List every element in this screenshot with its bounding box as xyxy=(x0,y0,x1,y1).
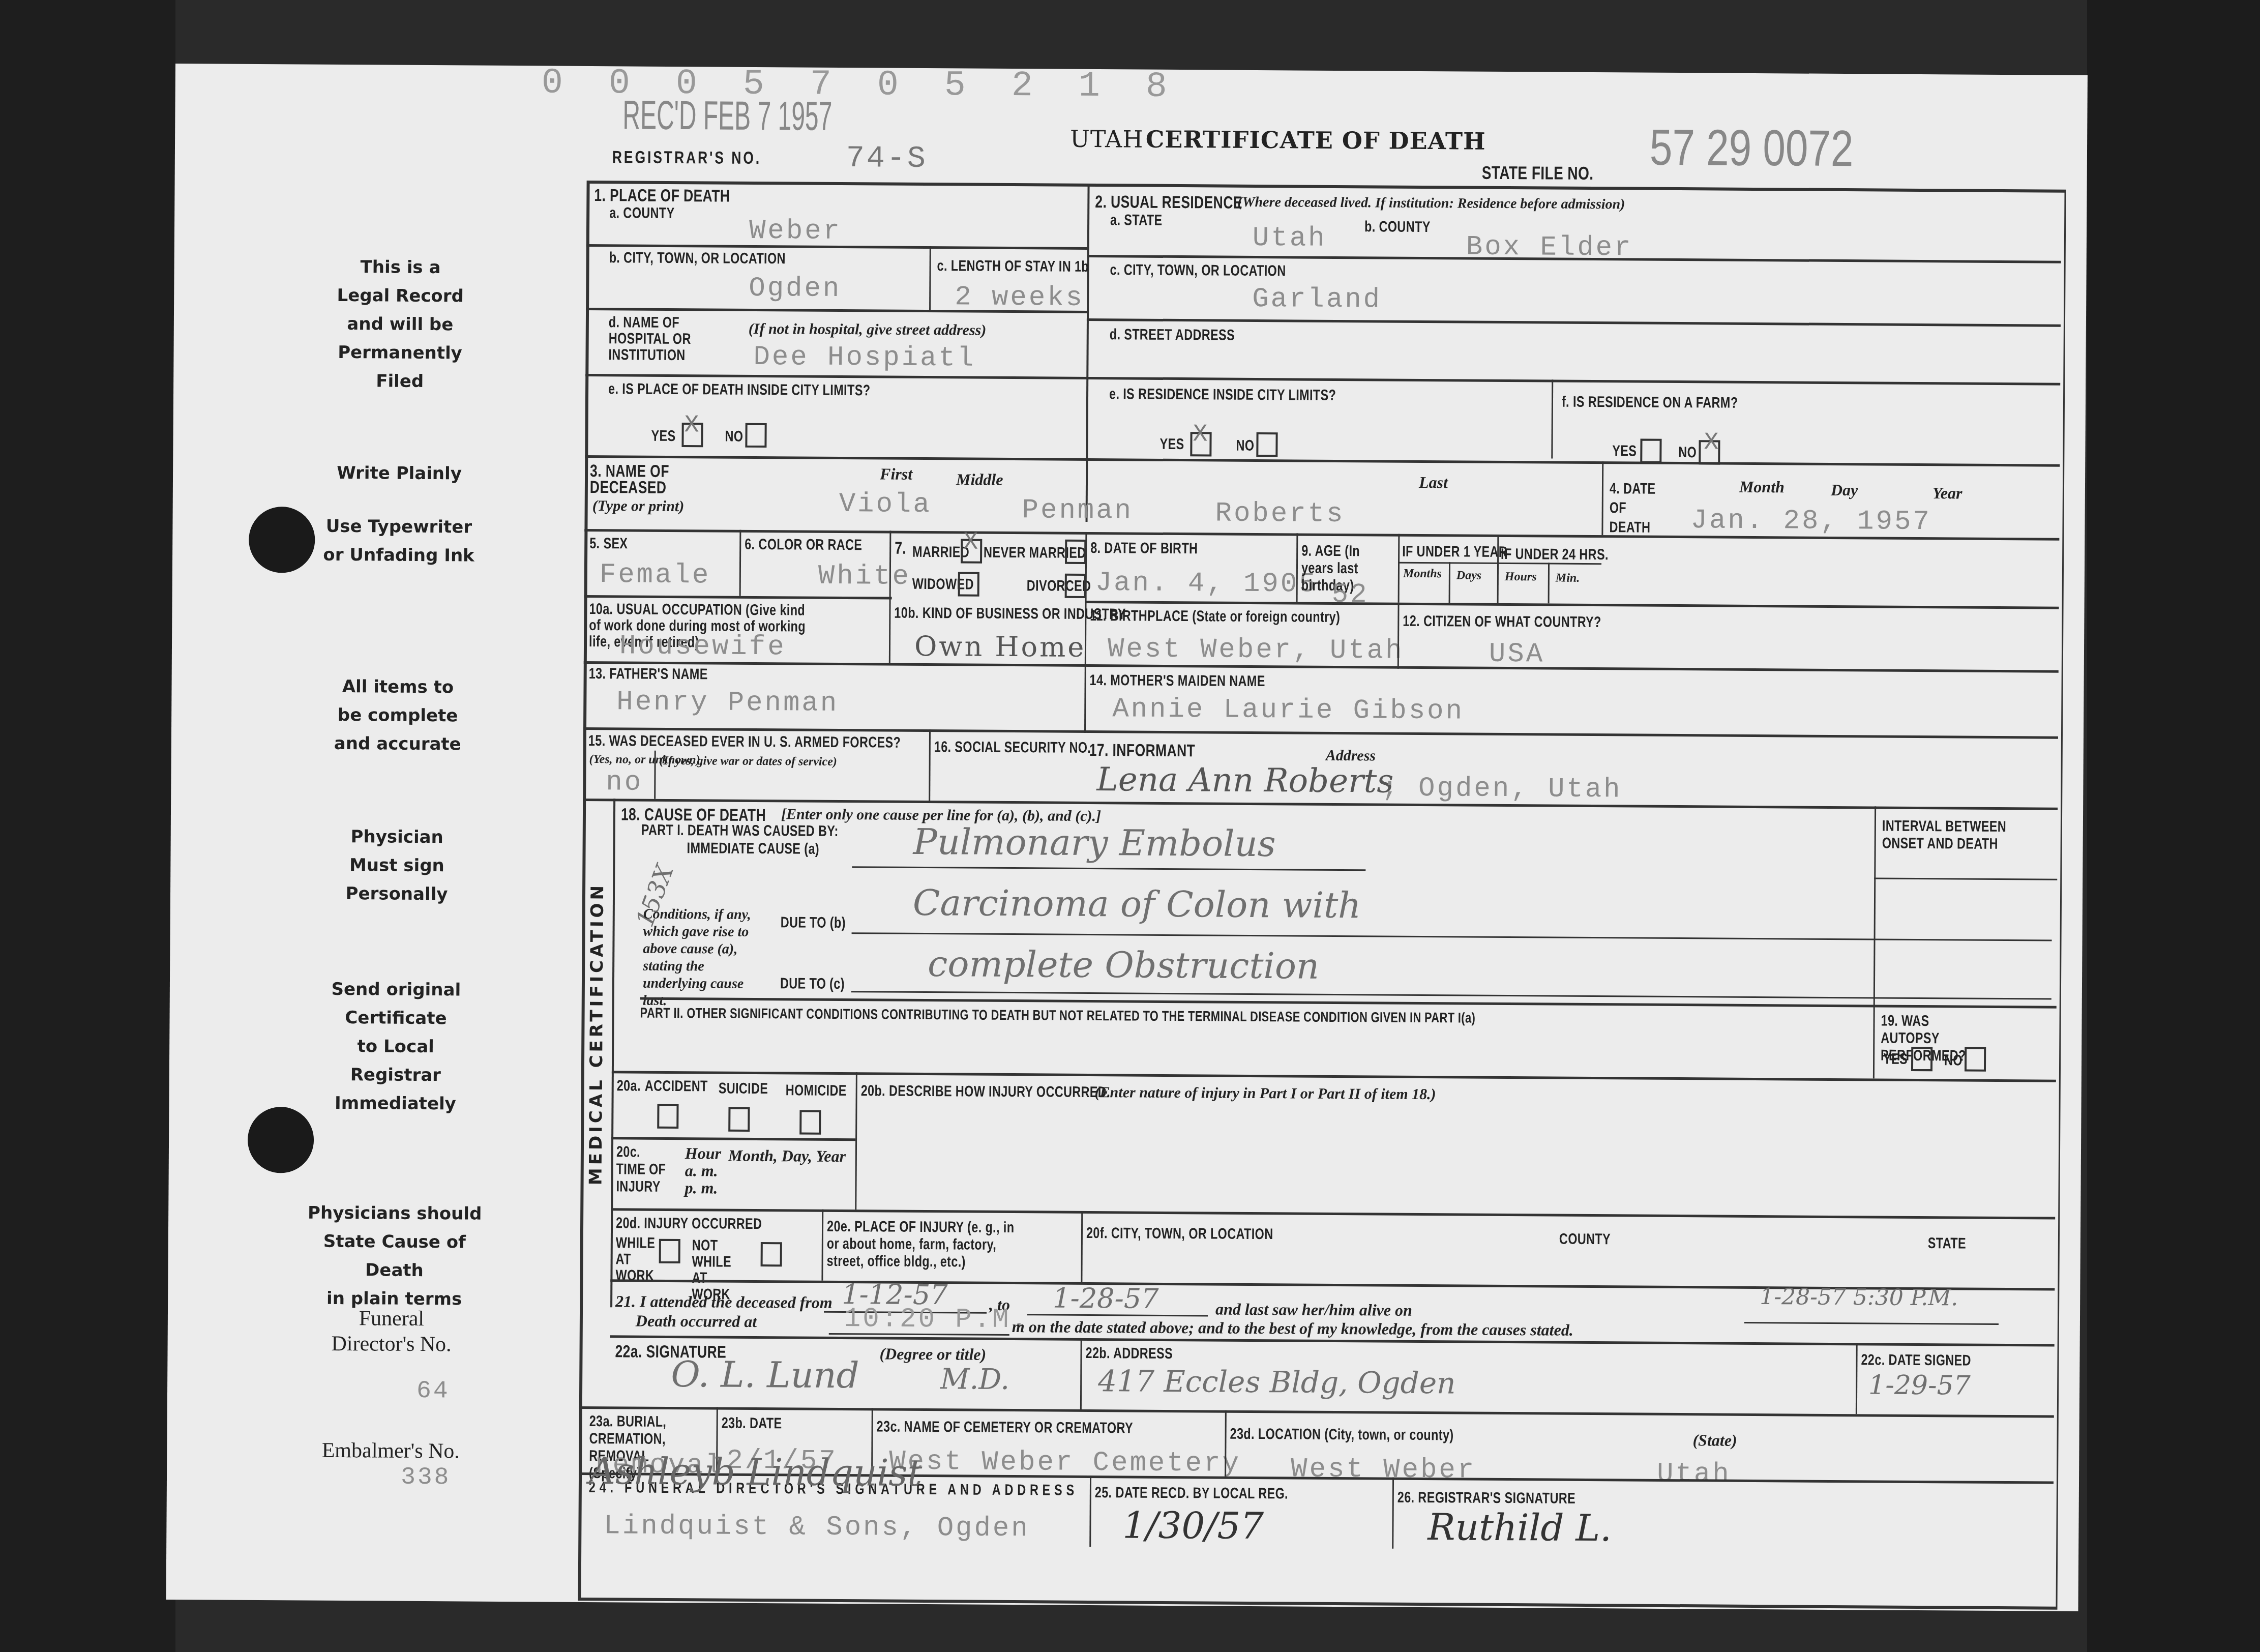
due-to-c-label: DUE TO (c) xyxy=(780,975,845,993)
not-while-at-work-checkbox[interactable] xyxy=(761,1242,782,1266)
death-time-field[interactable]: 10:20 P.M. xyxy=(844,1304,1029,1336)
dob-label: 8. DATE OF BIRTH xyxy=(1090,540,1198,557)
homicide-label: HOMICIDE xyxy=(786,1082,847,1100)
name-note: (Type or print) xyxy=(592,497,685,515)
note-typewriter: Use Typewriter or Unfading Ink xyxy=(315,512,483,570)
funeral-director-signature[interactable]: Ashleyb Lindquist xyxy=(589,1450,923,1494)
length-of-stay-label: c. LENGTH OF STAY IN 1b xyxy=(937,257,1089,276)
farm-yes-checkbox[interactable] xyxy=(1640,439,1661,463)
registrars-no: 74-S xyxy=(846,141,928,176)
registrar-signature[interactable]: Ruthild L. xyxy=(1428,1506,1612,1549)
accident-label: ACCIDENT xyxy=(645,1078,708,1096)
res-street-label: d. STREET ADDRESS xyxy=(1110,326,1235,344)
first-name-label: First xyxy=(880,464,912,483)
race-field[interactable]: White xyxy=(818,561,911,593)
embalmer-no: 338 xyxy=(401,1464,451,1492)
date-recd-label: 25. DATE RECD. BY LOCAL REG. xyxy=(1095,1484,1288,1502)
physician-address[interactable]: 417 Eccles Bldg, Ogden xyxy=(1098,1364,1456,1400)
title-text: CERTIFICATE OF DEATH xyxy=(1146,126,1486,155)
res-state-field[interactable]: Utah xyxy=(1253,223,1327,254)
sex-label: 5. SEX xyxy=(589,535,628,552)
cemetery-location-label: 23d. LOCATION (City, town, or county) xyxy=(1230,1426,1453,1444)
immediate-cause-field[interactable]: Pulmonary Embolus xyxy=(913,821,1275,865)
homicide-checkbox[interactable] xyxy=(799,1110,821,1135)
res-state-label: a. STATE xyxy=(1110,212,1163,229)
describe-injury-note: (Enter nature of injury in Part I or Par… xyxy=(1095,1084,1436,1103)
attended-label: 21. I attended the deceased from xyxy=(615,1292,832,1312)
mother-label: 14. MOTHER'S MAIDEN NAME xyxy=(1090,672,1265,690)
embalmer-no-label: Embalmer's No. xyxy=(299,1438,482,1464)
usual-residence-label: 2. USUAL RESIDENCE xyxy=(1095,192,1242,213)
occupation-field[interactable]: Housewife xyxy=(619,631,786,663)
death-inside-limits-label: e. IS PLACE OF DEATH INSIDE CITY LIMITS? xyxy=(608,380,870,399)
due-to-b-field[interactable]: Carcinoma of Colon with xyxy=(913,882,1361,926)
last-saw-label: and last saw her/him alive on xyxy=(1215,1300,1412,1320)
month-day-year-label: Month, Day, Year xyxy=(728,1146,846,1166)
death-county-field[interactable]: Weber xyxy=(749,216,842,247)
res-city-field[interactable]: Garland xyxy=(1252,284,1382,316)
address-label: 22b. ADDRESS xyxy=(1085,1345,1173,1363)
date-signed-field[interactable]: 1-29-57 xyxy=(1868,1370,1971,1401)
never-married-checkbox[interactable] xyxy=(1065,540,1086,564)
widowed-checkbox[interactable] xyxy=(958,572,979,596)
funeral-director-no: 64 xyxy=(417,1377,450,1405)
informant-label: 17. INFORMANT xyxy=(1089,741,1196,761)
first-name-field[interactable]: Viola xyxy=(839,489,932,520)
city-label: b. CITY, TOWN, OR LOCATION xyxy=(609,249,786,268)
medical-certification-label: MEDICAL CERTIFICATION xyxy=(586,882,608,1185)
place-of-death-label: 1. PLACE OF DEATH xyxy=(594,186,730,206)
degree-label: (Degree or title) xyxy=(879,1345,986,1364)
state-file-label: STATE FILE NO. xyxy=(1482,162,1594,184)
time-of-injury-label: 20c. TIME OF INJURY xyxy=(616,1143,668,1196)
cemetery-state-label: (State) xyxy=(1692,1431,1737,1450)
no-label: NO xyxy=(1236,437,1254,455)
hospital-field[interactable]: Dee Hospiatl xyxy=(753,342,975,374)
yes-label: YES xyxy=(1883,1051,1908,1068)
cemetery-location-field[interactable]: West Weber xyxy=(1291,1454,1476,1486)
armed-forces-field[interactable]: no xyxy=(606,767,643,798)
hour-label: Hour xyxy=(685,1144,721,1163)
yes-label: YES xyxy=(1159,436,1184,453)
date-recd-field[interactable]: 1/30/57 xyxy=(1122,1503,1264,1547)
registrar-signature-label: 26. REGISTRAR'S SIGNATURE xyxy=(1397,1489,1576,1508)
citizen-label: 12. CITIZEN OF WHAT COUNTRY? xyxy=(1403,613,1601,631)
yes-label: YES xyxy=(1612,442,1637,460)
under-1-year-label: IF UNDER 1 YEAR xyxy=(1402,543,1507,561)
cemetery-label: 23c. NAME OF CEMETERY OR CREMATORY xyxy=(877,1418,1133,1437)
state-file-no: 57 29 0072 xyxy=(1650,119,1854,178)
days-label: Days xyxy=(1456,569,1481,582)
check-mark-icon: X xyxy=(1704,429,1718,456)
birthplace-field[interactable]: West Weber, Utah xyxy=(1108,634,1404,667)
hospital-label: d. NAME OF HOSPITAL OR INSTITUTION xyxy=(608,314,728,364)
punch-hole xyxy=(248,1107,314,1173)
under-24-hrs-label: IF UNDER 24 HRS. xyxy=(1501,546,1609,564)
name-label: 3. NAME OF DECEASED xyxy=(590,463,669,496)
death-inside-limits-no-checkbox[interactable] xyxy=(745,423,766,448)
scan-background-left xyxy=(0,0,175,1652)
autopsy-yes-checkbox[interactable] xyxy=(1911,1047,1932,1071)
length-of-stay-field[interactable]: 2 weeks xyxy=(955,282,1084,314)
middle-name-label: Middle xyxy=(956,470,1003,489)
pm-label: p. m. xyxy=(685,1178,718,1197)
hospital-note: (If not in hospital, give street address… xyxy=(749,320,987,339)
birthplace-label: 11. BIRTHPLACE (State or foreign country… xyxy=(1090,607,1340,626)
check-mark-icon: X xyxy=(685,411,699,439)
am-label: a. m. xyxy=(685,1161,718,1180)
usual-residence-note: (Where deceased lived. If institution: R… xyxy=(1237,194,1625,213)
note-cause-plain: Physicians should State Cause of Death i… xyxy=(298,1199,491,1314)
suicide-checkbox[interactable] xyxy=(728,1107,750,1132)
physician-degree[interactable]: M.D. xyxy=(940,1363,1009,1396)
informant-signature[interactable]: Lena Ann Roberts xyxy=(1096,761,1393,801)
divorced-checkbox[interactable] xyxy=(1065,574,1086,598)
injury-city-label: 20f. CITY, TOWN, OR LOCATION xyxy=(1086,1225,1273,1243)
while-at-work-checkbox[interactable] xyxy=(659,1239,680,1263)
divider xyxy=(654,751,656,799)
last-name-label: Last xyxy=(1419,473,1448,492)
dob-field[interactable]: Jan. 4, 1905 xyxy=(1095,568,1318,600)
note-legal-record: This is a Legal Record and will be Perma… xyxy=(316,253,485,396)
while-at-work-label: WHILE AT WORK xyxy=(615,1235,656,1284)
no-label: NO xyxy=(1944,1052,1962,1069)
farm-label: f. IS RESIDENCE ON A FARM? xyxy=(1562,394,1738,412)
county-label: a. COUNTY xyxy=(609,204,675,222)
last-saw-field[interactable]: 1-28-57 5:30 P.M. xyxy=(1760,1284,1958,1311)
months-label: Months xyxy=(1403,567,1442,581)
check-mark-icon: X xyxy=(963,528,978,556)
informant-address-field[interactable]: ; Ogden, Utah xyxy=(1381,773,1622,806)
father-field[interactable]: Henry Penman xyxy=(616,687,839,719)
mother-field[interactable]: Annie Laurie Gibson xyxy=(1112,694,1464,727)
date-signed-label: 22c. DATE SIGNED xyxy=(1861,1351,1971,1369)
note-complete: All items to be complete and accurate xyxy=(314,672,482,759)
res-inside-limits-label: e. IS RESIDENCE INSIDE CITY LIMITS? xyxy=(1109,386,1336,404)
interval-label: INTERVAL BETWEEN ONSET AND DEATH xyxy=(1882,818,2009,853)
death-city-field[interactable]: Ogden xyxy=(749,273,841,305)
check-mark-icon: X xyxy=(1193,421,1207,448)
describe-injury-label: 20b. DESCRIBE HOW INJURY OCCURRED. xyxy=(861,1082,1111,1101)
armed-forces-label: 15. WAS DECEASED EVER IN U. S. ARMED FOR… xyxy=(588,732,901,752)
injury-county-label: COUNTY xyxy=(1559,1231,1611,1249)
attended-to-field[interactable]: 1-28-57 xyxy=(1053,1282,1159,1315)
registrars-no-label: REGISTRAR'S NO. xyxy=(612,147,761,168)
yes-label: YES xyxy=(651,428,675,445)
autopsy-no-checkbox[interactable] xyxy=(1965,1047,1986,1072)
immediate-cause-label: IMMEDIATE CAUSE (a) xyxy=(687,840,819,858)
note-physician-sign: Physician Must sign Personally xyxy=(313,822,481,909)
suicide-label: SUICIDE xyxy=(719,1080,768,1098)
business-field[interactable]: Own Home xyxy=(914,630,1086,663)
scan-background-right xyxy=(2087,0,2260,1652)
day-label: Day xyxy=(1831,481,1858,499)
note-send-original: Send original Certificate to Local Regis… xyxy=(311,975,480,1118)
part1-label: PART I. DEATH WAS CAUSED BY: xyxy=(641,822,839,840)
due-to-b-label: DUE TO (b) xyxy=(781,914,846,932)
hours-label: Hours xyxy=(1505,570,1537,584)
received-stamp: REC'D FEB 7 1957 xyxy=(622,92,832,140)
note-write-plainly: Write Plainly xyxy=(315,459,483,488)
no-label: NO xyxy=(1678,444,1697,461)
race-label: 6. COLOR OR RACE xyxy=(745,536,862,554)
ssn-label: 16. SOCIAL SECURITY NO. xyxy=(934,739,1091,757)
res-inside-limits-no-checkbox[interactable] xyxy=(1256,432,1277,457)
disposition-date-label: 23b. DATE xyxy=(722,1415,782,1433)
place-of-injury-label: 20e. PLACE OF INJURY (e. g., in or about… xyxy=(827,1218,1018,1271)
last-name-field[interactable]: Roberts xyxy=(1215,498,1345,530)
certification-statement: m on the date stated above; and to the b… xyxy=(1012,1317,1573,1340)
res-city-label: c. CITY, TOWN, OR LOCATION xyxy=(1110,261,1286,280)
citizen-field[interactable]: USA xyxy=(1489,639,1545,670)
marital-label: 7. xyxy=(895,539,906,558)
age-field[interactable]: 52 xyxy=(1331,579,1369,610)
funeral-director-field[interactable]: Lindquist & Sons, Ogden xyxy=(604,1511,1030,1544)
physician-signature[interactable]: O. L. Lund xyxy=(671,1353,859,1396)
cemetery-state-field[interactable]: Utah xyxy=(1657,1459,1731,1490)
divider xyxy=(1548,563,1550,604)
middle-name-field[interactable]: Penman xyxy=(1022,495,1133,526)
certificate-title: UTAH CERTIFICATE OF DEATH xyxy=(1070,125,1486,155)
res-county-label: b. COUNTY xyxy=(1364,218,1431,236)
injury-type-label: 20a. xyxy=(617,1077,641,1095)
armed-forces-note-2: (If yes, give war or dates of service) xyxy=(660,754,837,769)
sex-field[interactable]: Female xyxy=(600,559,711,591)
death-occurred-label: Death occurred at xyxy=(636,1312,757,1331)
divider xyxy=(1449,562,1450,603)
death-certificate: 0 0 0 5 7 0 5 2 1 8 REC'D FEB 7 1957 REG… xyxy=(166,64,2088,1611)
year-label: Year xyxy=(1932,484,1962,503)
conditions-note: Conditions, if any, which gave rise to a… xyxy=(643,906,765,1010)
no-label: NO xyxy=(725,428,743,446)
funeral-director-no-label: Funeral Director's No. xyxy=(300,1306,483,1358)
injury-state-label: STATE xyxy=(1928,1235,1966,1252)
due-to-c-field[interactable]: complete Obstruction xyxy=(928,943,1319,987)
punch-hole xyxy=(249,507,315,573)
month-label: Month xyxy=(1739,478,1785,497)
min-label: Min. xyxy=(1556,572,1580,585)
injury-occurred-label: 20d. INJURY OCCURRED xyxy=(616,1215,762,1233)
father-label: 13. FATHER'S NAME xyxy=(589,665,708,683)
accident-checkbox[interactable] xyxy=(657,1104,678,1129)
date-of-death-label: 4. DATE OF DEATH xyxy=(1609,479,1657,538)
date-of-death-field[interactable]: Jan. 28, 1957 xyxy=(1690,505,1931,538)
title-state: UTAH xyxy=(1070,125,1144,153)
